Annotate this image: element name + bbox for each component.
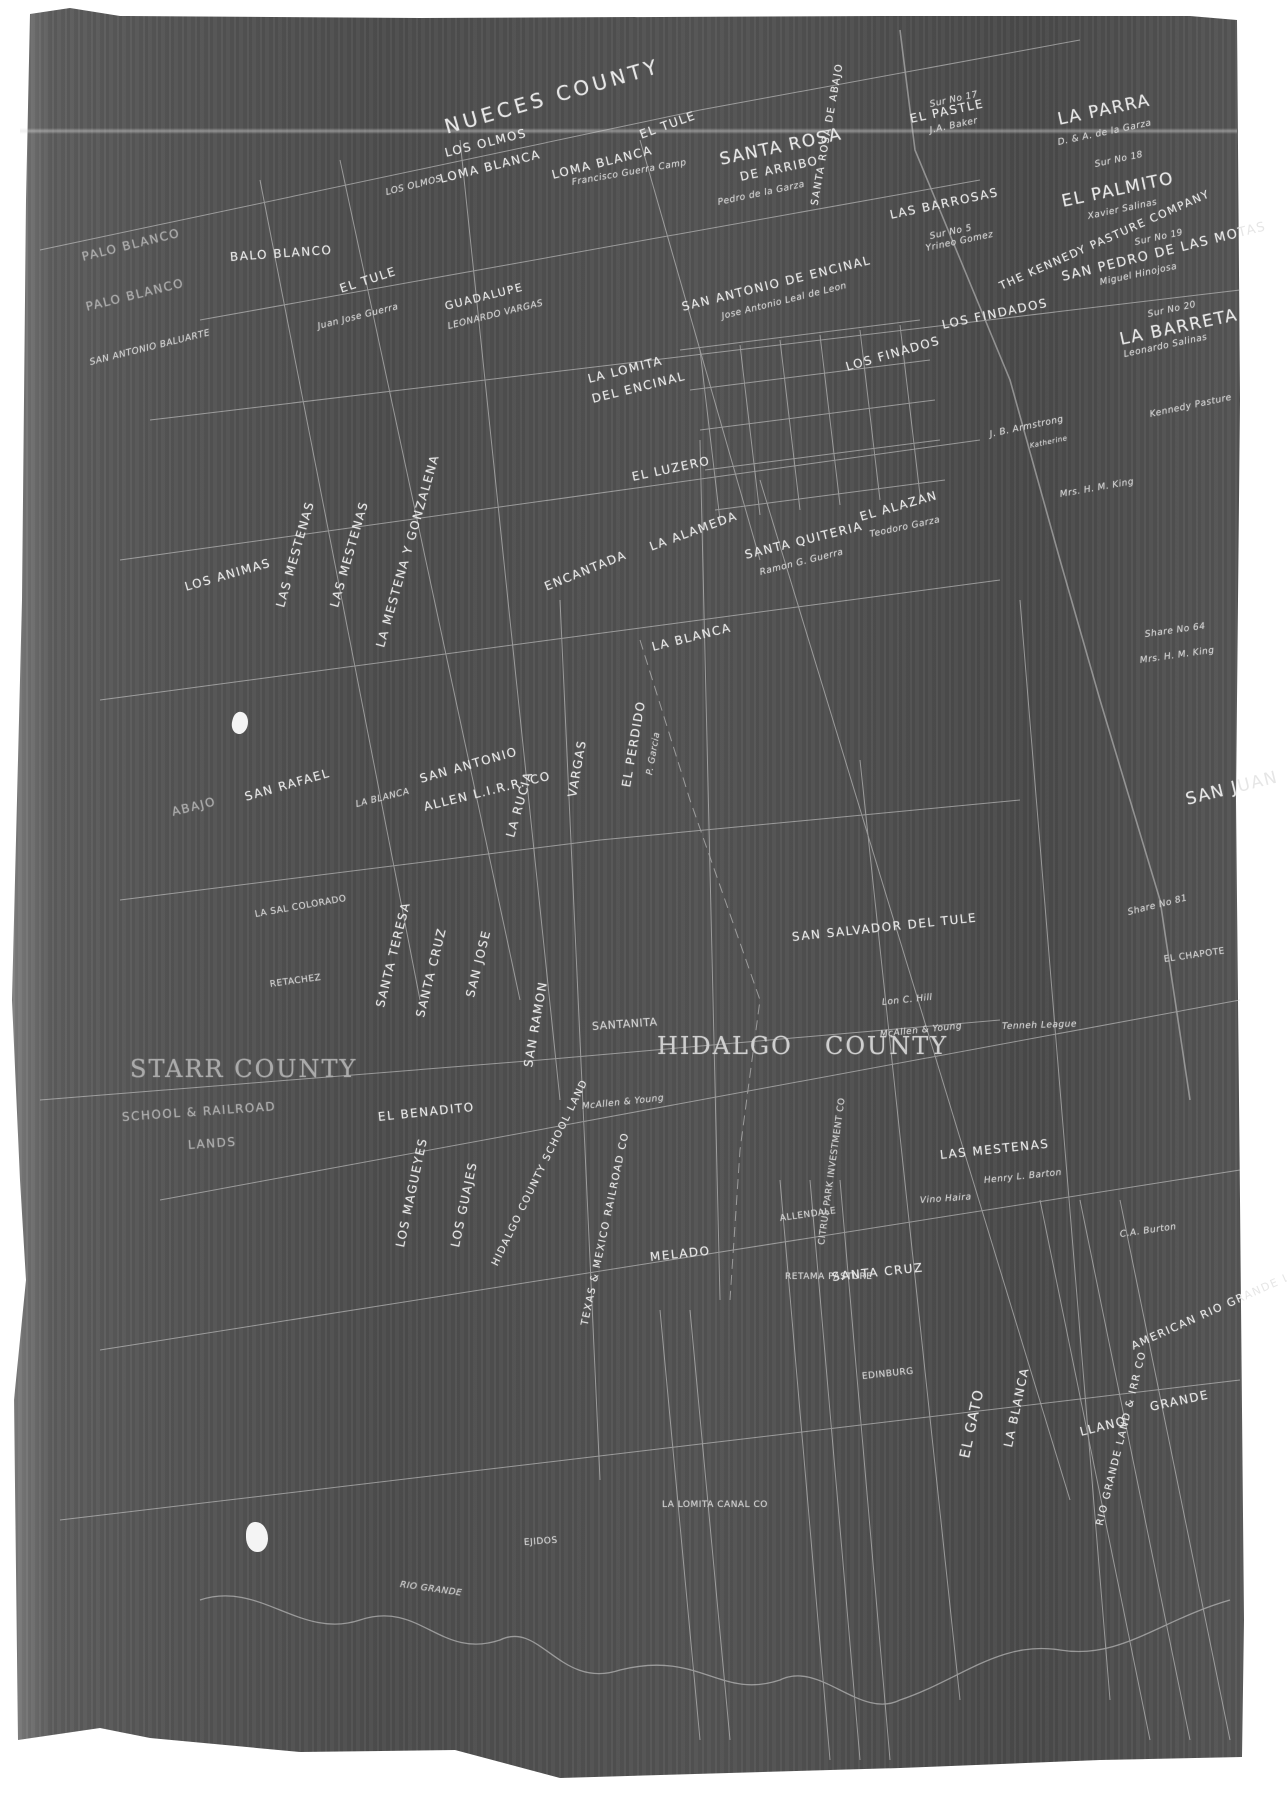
county-label-starr: STARR COUNTY bbox=[130, 1055, 357, 1083]
scanned-map: NUECES COUNTY HIDALGO COUNTY STARR COUNT… bbox=[0, 0, 1287, 1800]
county-label-hidalgo: HIDALGO bbox=[657, 1032, 793, 1060]
tear-hole bbox=[246, 1522, 268, 1552]
tract-label: LA LOMITA CANAL CO bbox=[662, 1500, 768, 1510]
